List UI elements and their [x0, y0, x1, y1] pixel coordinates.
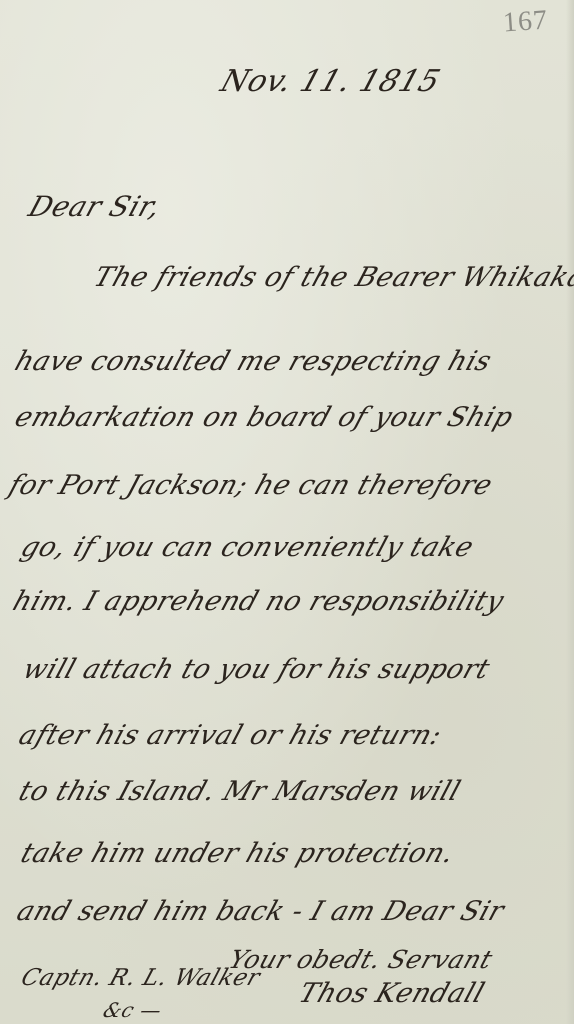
closing: Your obedt. Servant: [225, 945, 496, 974]
body-line-10: take him under his protection.: [17, 838, 458, 869]
body-line-11: and send him back - I am Dear Sir: [13, 896, 508, 927]
body-line-1: The friends of the Bearer Whikakaha: [90, 262, 574, 293]
body-line-7: will attach to you for his support: [19, 654, 494, 685]
body-line-6: him. I apprehend no responsibility: [9, 586, 508, 617]
body-line-9: to this Island. Mr Marsden will: [15, 776, 465, 807]
paper-edge: [566, 0, 574, 1024]
body-line-3: embarkation on board of your Ship: [11, 402, 517, 433]
body-line-4: for Port Jackson; he can therefore: [5, 470, 496, 501]
letter-page: 167 Nov. 11. 1815 Dear Sir, The friends …: [0, 0, 574, 1024]
body-line-5: go, if you can conveniently take: [17, 532, 478, 563]
letter-date: Nov. 11. 1815: [216, 64, 444, 99]
salutation: Dear Sir,: [25, 190, 166, 223]
folio-number: 167: [502, 4, 549, 39]
addressee: Captn. R. L. Walker: [18, 965, 264, 991]
body-line-2: have consulted me respecting his: [11, 346, 496, 377]
body-line-8: after his arrival or his return:: [15, 720, 446, 751]
addressee-suffix: &c —: [100, 998, 165, 1022]
signature: Thos Kendall: [295, 978, 489, 1009]
